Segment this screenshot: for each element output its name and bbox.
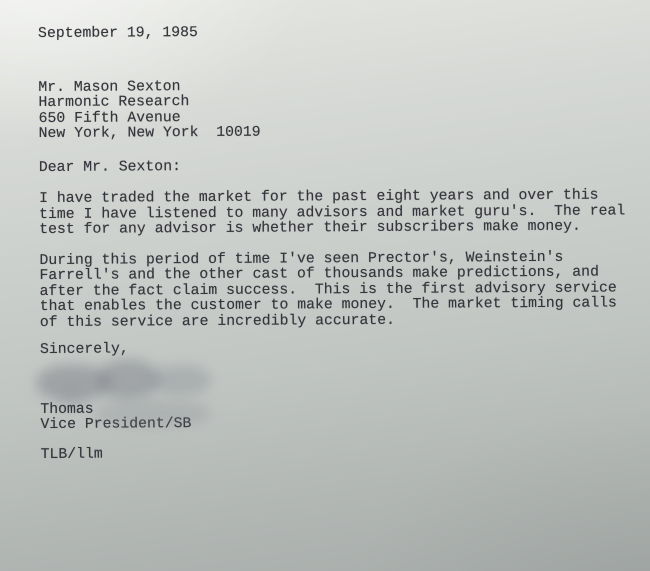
signature-smudge-blob <box>150 365 210 395</box>
body-paragraph-2: During this period of time I've seen Pre… <box>39 250 643 331</box>
body-line: of this service are incredibly accurate. <box>40 312 644 331</box>
signature-smudge-blob <box>98 359 158 399</box>
recipient-address: Mr. Mason Sexton Harmonic Research 650 F… <box>38 77 642 143</box>
signature-smudge-blob <box>36 365 110 401</box>
body-line: test for any advisor is whether their su… <box>39 219 643 238</box>
typist-initials: TLB/llm <box>41 444 645 463</box>
letter-photo: September 19, 1985 Mr. Mason Sexton Harm… <box>0 0 650 571</box>
closing: Sincerely, <box>40 339 644 358</box>
salutation: Dear Mr. Sexton: <box>39 157 643 176</box>
body-paragraph-1: I have traded the market for the past ei… <box>39 188 643 238</box>
typewritten-letter: September 19, 1985 Mr. Mason Sexton Harm… <box>38 23 645 463</box>
address-line-city: New York, New York 10019 <box>39 123 643 142</box>
letter-date: September 19, 1985 <box>38 23 642 42</box>
